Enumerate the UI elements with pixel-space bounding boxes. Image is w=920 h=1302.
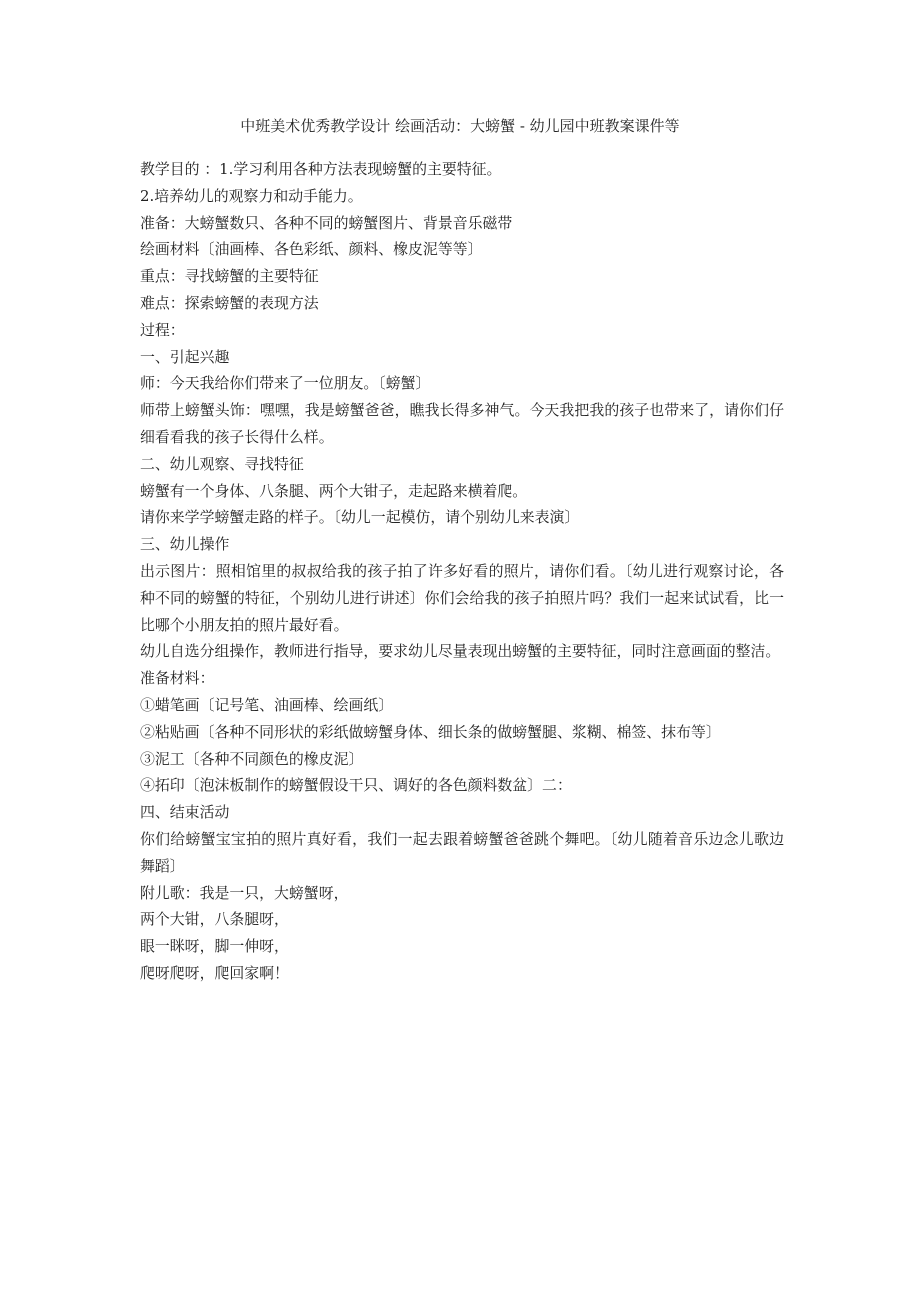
section-heading-1: 一、引起兴趣	[140, 344, 784, 371]
paragraph: 幼儿自选分组操作，教师进行指导，要求幼儿尽量表现出螃蟹的主要特征，同时注意画面的…	[140, 638, 784, 665]
material-item-3: ③泥工〔各种不同颜色的橡皮泥〕	[140, 746, 784, 773]
key-point: 重点：寻找螃蟹的主要特征	[140, 263, 784, 290]
objective-2: 2.培养幼儿的观察力和动手能力。	[140, 183, 784, 210]
paragraph: 师：今天我给你们带来了一位朋友。〔螃蟹〕	[140, 370, 784, 397]
song-line-2: 两个大钳，八条腿呀，	[140, 906, 784, 933]
paragraph: 师带上螃蟹头饰：嘿嘿，我是螃蟹爸爸，瞧我长得多神气。今天我把我的孩子也带来了，请…	[140, 397, 784, 451]
document-page: 中班美术优秀教学设计 绘画活动：大螃蟹 - 幼儿园中班教案课件等 教学目的 ：1…	[0, 0, 920, 1302]
difficulty: 难点：探索螃蟹的表现方法	[140, 290, 784, 317]
drawing-materials: 绘画材料〔油画棒、各色彩纸、颜料、橡皮泥等等〕	[140, 236, 784, 263]
song-line-1: 附儿歌：我是一只，大螃蟹呀，	[140, 880, 784, 907]
preparation: 准备：大螃蟹数只、各种不同的螃蟹图片、背景音乐磁带	[140, 210, 784, 237]
paragraph: 出示图片：照相馆里的叔叔给我的孩子拍了许多好看的照片，请你们看。〔幼儿进行观察讨…	[140, 558, 784, 638]
material-item-2: ②粘贴画〔各种不同形状的彩纸做螃蟹身体、细长条的做螃蟹腿、浆糊、棉签、抹布等〕	[140, 719, 784, 746]
section-heading-2: 二、幼儿观察、寻找特征	[140, 451, 784, 478]
paragraph: 你们给螃蟹宝宝拍的照片真好看，我们一起去跟着螃蟹爸爸跳个舞吧。〔幼儿随着音乐边念…	[140, 826, 784, 880]
paragraph: 请你来学学螃蟹走路的样子。〔幼儿一起模仿，请个别幼儿来表演〕	[140, 504, 784, 531]
document-title: 中班美术优秀教学设计 绘画活动：大螃蟹 - 幼儿园中班教案课件等	[0, 115, 920, 137]
song-line-4: 爬呀爬呀，爬回家啊！	[140, 960, 784, 987]
material-item-1: ①蜡笔画〔记号笔、油画棒、绘画纸〕	[140, 692, 784, 719]
process-heading: 过程：	[140, 317, 784, 344]
materials-heading: 准备材料：	[140, 665, 784, 692]
section-heading-3: 三、幼儿操作	[140, 531, 784, 558]
paragraph: 螃蟹有一个身体、八条腿、两个大钳子，走起路来横着爬。	[140, 478, 784, 505]
document-body: 教学目的 ：1.学习利用各种方法表现螃蟹的主要特征。 2.培养幼儿的观察力和动手…	[140, 156, 784, 987]
song-line-3: 眼一眯呀，脚一伸呀，	[140, 933, 784, 960]
material-item-4: ④拓印〔泡沫板制作的螃蟹假设干只、调好的各色颜料数盆〕二：	[140, 772, 784, 799]
objective-1: 教学目的 ：1.学习利用各种方法表现螃蟹的主要特征。	[140, 156, 784, 183]
section-heading-4: 四、结束活动	[140, 799, 784, 826]
